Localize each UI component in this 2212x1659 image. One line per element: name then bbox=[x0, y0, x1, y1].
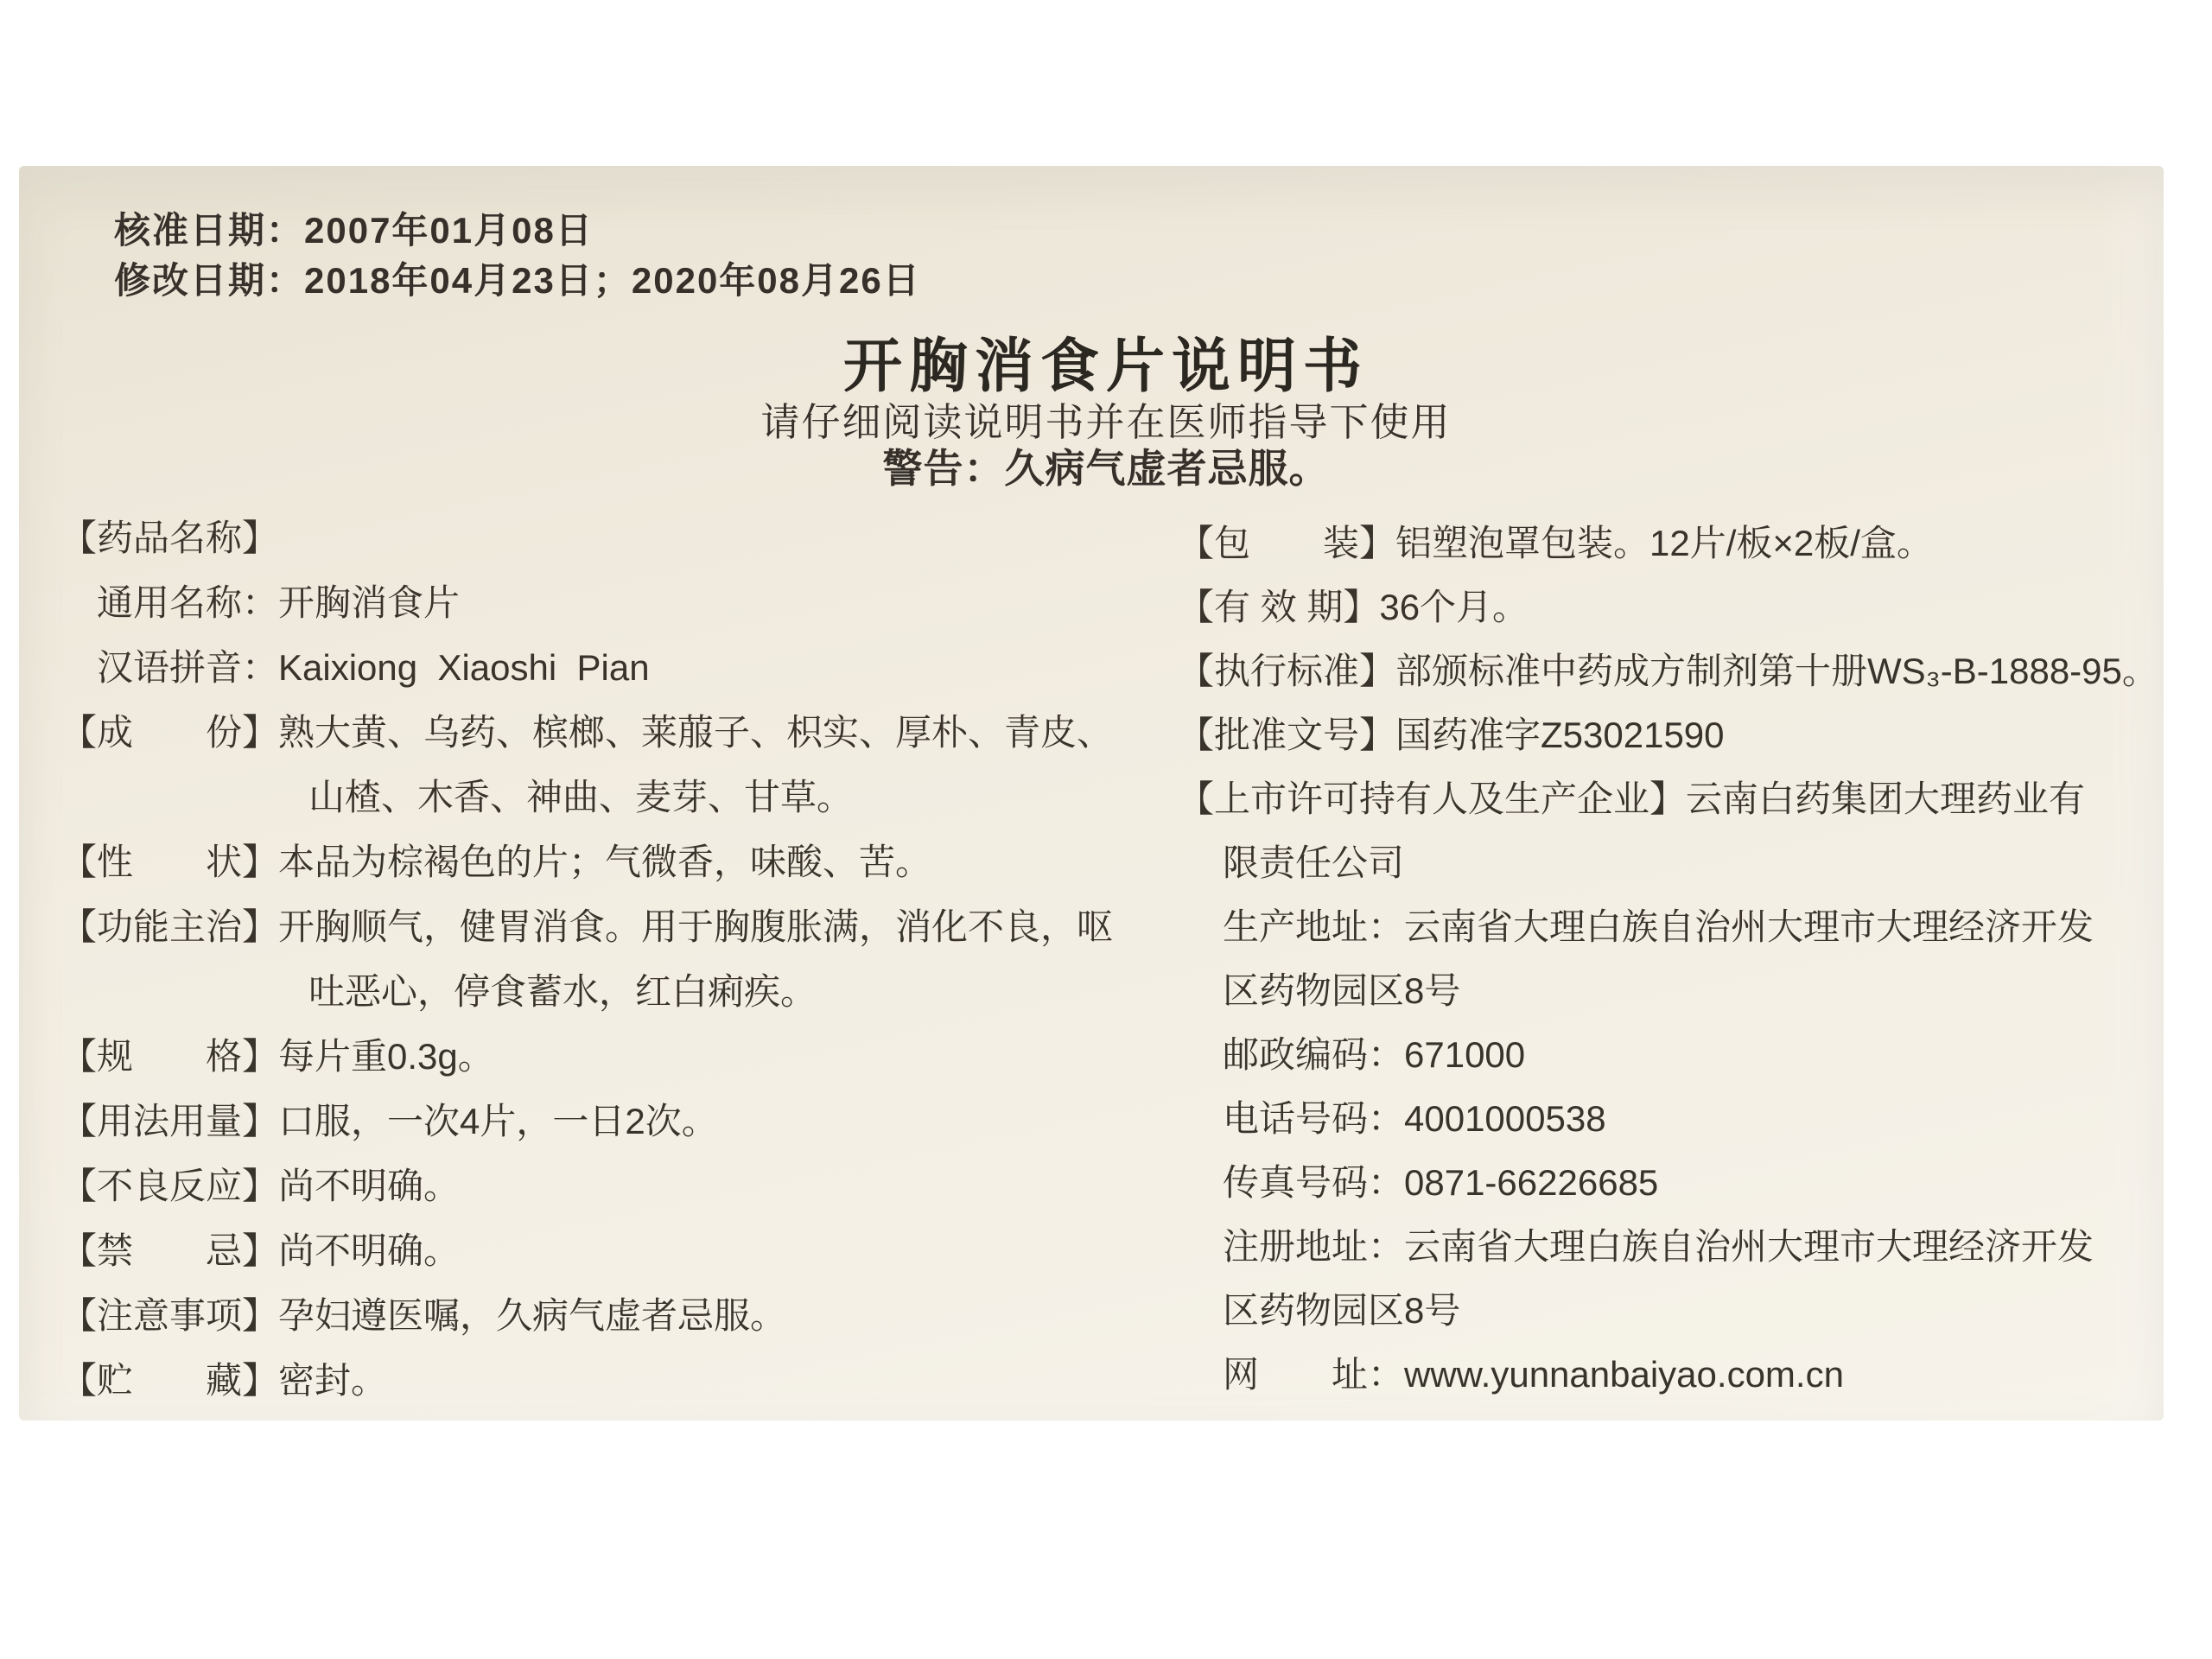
document-line: 山楂、木香、神曲、麦芽、甘草。 bbox=[60, 765, 1175, 829]
document-line: 【性 状】本品为棕褐色的片；气微香，味酸、苦。 bbox=[60, 829, 1175, 894]
right-column: 【包 装】铝塑泡罩包装。12片/板×2板/盒。【有 效 期】36个月。【执行标准… bbox=[1178, 512, 2202, 1407]
document-line: 电话号码：4001000538 bbox=[1178, 1087, 2202, 1151]
document-line: 【功能主治】开胸顺气，健胃消食。用于胸腹胀满，消化不良，呕 bbox=[60, 894, 1175, 959]
document-line: 【禁 忌】尚不明确。 bbox=[60, 1218, 1175, 1283]
document-line: 区药物园区8号 bbox=[1178, 1279, 2202, 1343]
document-line: 【用法用量】口服，一次4片，一日2次。 bbox=[60, 1089, 1175, 1154]
document-line: 【有 效 期】36个月。 bbox=[1178, 575, 2202, 639]
document-line: 【规 格】每片重0.3g。 bbox=[60, 1024, 1175, 1089]
document-line: 【成 份】熟大黄、乌药、槟榔、莱菔子、枳实、厚朴、青皮、 bbox=[60, 700, 1175, 765]
document-line: 传真号码：0871-66226685 bbox=[1178, 1151, 2202, 1215]
approval-date-line: 核准日期：2007年01月08日 bbox=[114, 202, 594, 254]
left-column: 【药品名称】通用名称：开胸消食片汉语拼音：Kaixiong Xiaoshi Pi… bbox=[60, 505, 1175, 1413]
document-line: 汉语拼音：Kaixiong Xiaoshi Pian bbox=[60, 635, 1175, 700]
revision-date-line: 修改日期：2018年04月23日；2020年08月26日 bbox=[114, 252, 921, 304]
document-line: 【上市许可持有人及生产企业】云南白药集团大理药业有 bbox=[1178, 767, 2202, 831]
document-line: 【药品名称】 bbox=[60, 505, 1175, 570]
document-line: 吐恶心，停食蓄水，红白痢疾。 bbox=[60, 959, 1175, 1024]
leaflet-page: 核准日期：2007年01月08日 修改日期：2018年04月23日；2020年0… bbox=[0, 0, 2212, 1659]
document-line: 【执行标准】部颁标准中药成方制剂第十册WS₃-B-1888-95。 bbox=[1178, 639, 2202, 703]
document-line: 邮政编码：671000 bbox=[1178, 1023, 2202, 1087]
document-line: 【贮 藏】密封。 bbox=[60, 1348, 1175, 1413]
document-line: 注册地址：云南省大理白族自治州大理市大理经济开发 bbox=[1178, 1215, 2202, 1279]
document-line: 【注意事项】孕妇遵医嘱，久病气虚者忌服。 bbox=[60, 1283, 1175, 1348]
document-line: 通用名称：开胸消食片 bbox=[60, 570, 1175, 635]
document-line: 网 址：www.yunnanbaiyao.com.cn bbox=[1178, 1343, 2202, 1407]
document-line: 【包 装】铝塑泡罩包装。12片/板×2板/盒。 bbox=[1178, 512, 2202, 575]
document-line: 【批准文号】国药准字Z53021590 bbox=[1178, 703, 2202, 767]
document-line: 生产地址：云南省大理白族自治州大理市大理经济开发 bbox=[1178, 895, 2202, 959]
document-line: 【不良反应】尚不明确。 bbox=[60, 1154, 1175, 1218]
document-line: 限责任公司 bbox=[1178, 831, 2202, 895]
document-line: 区药物园区8号 bbox=[1178, 959, 2202, 1023]
warning-text: 警告：久病气虚者忌服。 bbox=[0, 437, 2212, 494]
